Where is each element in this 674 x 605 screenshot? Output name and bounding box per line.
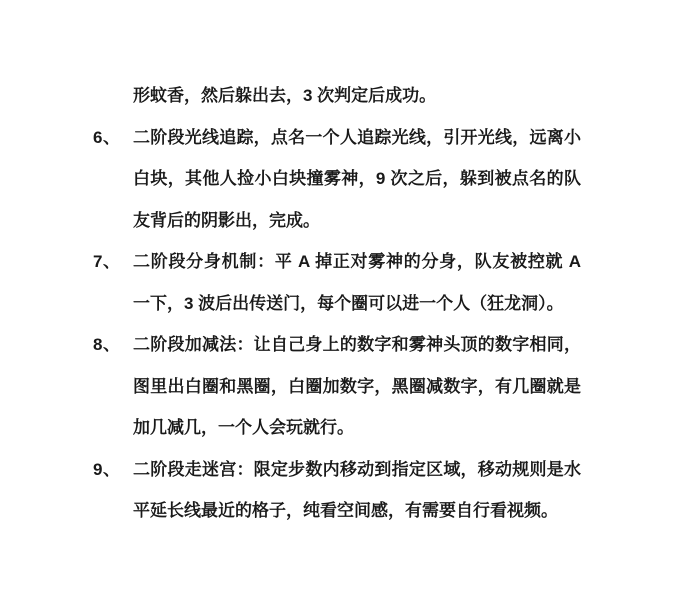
list-number: 9、: [93, 449, 120, 491]
list-number: 7、: [93, 241, 120, 283]
list-item-9: 9、二阶段走迷宫：限定步数内移动到指定区域，移动规则是水平延长线最近的格子，纯看…: [0, 449, 674, 532]
text-line: 一下，3 波后出传送门，每个圈可以进一个人（狂龙洞）。: [133, 283, 581, 325]
list-item-7: 7、二阶段分身机制：平 A 掉正对雾神的分身，队友被控就 A一下，3 波后出传送…: [0, 241, 674, 324]
text-line: 形蚊香，然后躲出去，3 次判定后成功。: [133, 75, 581, 117]
text-line: 二阶段分身机制：平 A 掉正对雾神的分身，队友被控就 A: [133, 241, 581, 283]
paragraph-continuation: 形蚊香，然后躲出去，3 次判定后成功。: [0, 75, 674, 117]
text-line: 图里出白圈和黑圈，白圈加数字，黑圈减数字，有几圈就是: [133, 366, 581, 408]
text-line: 二阶段加减法：让自己身上的数字和雾神头顶的数字相同，: [133, 324, 581, 366]
text-line: 二阶段走迷宫：限定步数内移动到指定区域，移动规则是水: [133, 449, 581, 491]
list-number: 8、: [93, 324, 120, 366]
text-line: 二阶段光线追踪，点名一个人追踪光线，引开光线，远离小: [133, 117, 581, 159]
text-line: 加几减几，一个人会玩就行。: [133, 407, 581, 449]
text-line: 白块，其他人捡小白块撞雾神，9 次之后，躲到被点名的队: [133, 158, 581, 200]
text-line: 友背后的阴影出，完成。: [133, 200, 581, 242]
text-line: 平延长线最近的格子，纯看空间感，有需要自行看视频。: [133, 490, 581, 532]
list-item-8: 8、二阶段加减法：让自己身上的数字和雾神头顶的数字相同，图里出白圈和黑圈，白圈加…: [0, 324, 674, 449]
list-item-6: 6、二阶段光线追踪，点名一个人追踪光线，引开光线，远离小白块，其他人捡小白块撞雾…: [0, 117, 674, 242]
document-page: 形蚊香，然后躲出去，3 次判定后成功。6、二阶段光线追踪，点名一个人追踪光线，引…: [0, 0, 674, 605]
list-number: 6、: [93, 117, 120, 159]
document-body: 形蚊香，然后躲出去，3 次判定后成功。6、二阶段光线追踪，点名一个人追踪光线，引…: [0, 75, 674, 532]
